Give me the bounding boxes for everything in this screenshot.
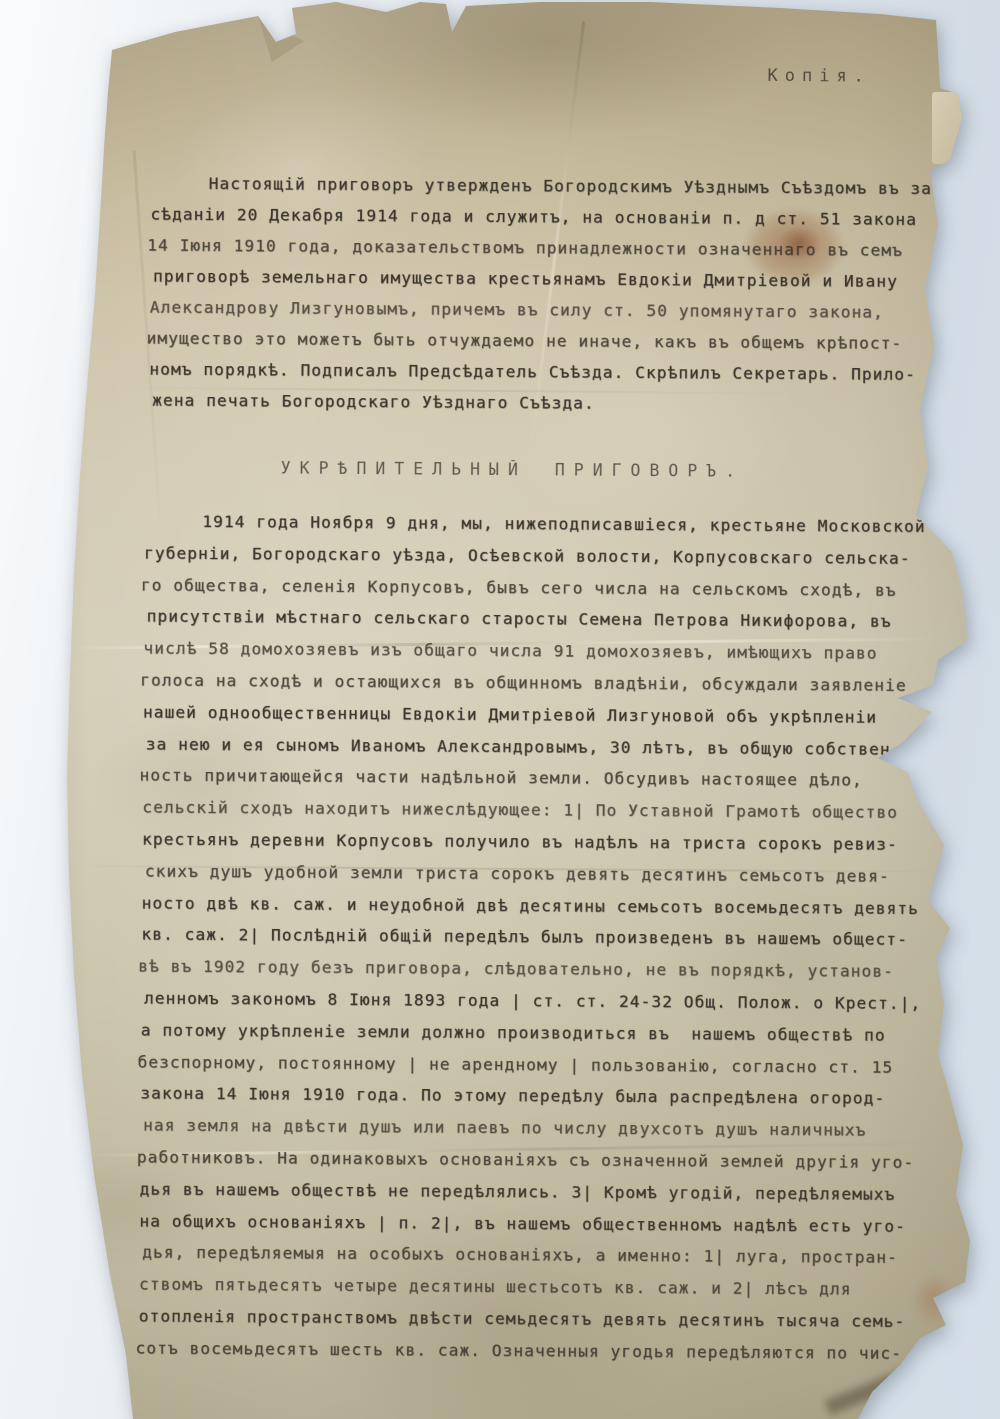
text-line: имущество это можетъ быть отчуждаемо не … <box>147 323 939 360</box>
text-line: ствомъ пятьдесятъ четыре десятины шестьс… <box>139 1269 921 1306</box>
text-line: работниковъ. На одинаковыхъ основаніяхъ … <box>137 1141 919 1178</box>
document-paper: Копія. Настоящій приговоръ утвержденъ Бо… <box>0 0 1000 1419</box>
body-paragraph: 1914 года Ноября 9 дня, мы, нижеподписав… <box>138 506 925 1370</box>
copy-label: Копія. <box>767 66 871 87</box>
document-heading: УКРѢПИТЕЛЬНЫЙ ПРИГОВОРЪ. <box>281 458 745 480</box>
photo-background: Копія. Настоящій приговоръ утвержденъ Бо… <box>0 0 1000 1419</box>
intro-paragraph: Настоящій приговоръ утвержденъ Богородск… <box>149 168 943 422</box>
text-line: дья въ нашемъ обществѣ не передѣлялись. … <box>140 1173 922 1210</box>
text-line: сотъ восемьдесятъ шесть кв. саж. Означен… <box>135 1332 917 1369</box>
text-line: 1914 года Ноября 9 дня, мы, нижеподписав… <box>144 506 926 543</box>
paper-shadow-wrap: Копія. Настоящій приговоръ утвержденъ Бо… <box>0 0 1000 1419</box>
text-line: голоса на сходѣ и остающихся въ общинном… <box>140 664 922 701</box>
text-line: ленномъ закономъ 8 Іюня 1893 года | ст. … <box>144 982 926 1019</box>
document-text: Копія. Настоящій приговоръ утвержденъ Бо… <box>0 0 1000 1419</box>
text-line: сельскій сходъ находитъ нижеслѣдующее: 1… <box>142 792 924 829</box>
text-line: скихъ душъ удобной земли триста сорокъ д… <box>145 855 927 892</box>
text-line: безспорному, постоянному | не арендному … <box>137 1046 919 1083</box>
text-line: жена печать Богородскаго Уѣзднаго Съѣзда… <box>152 385 944 422</box>
